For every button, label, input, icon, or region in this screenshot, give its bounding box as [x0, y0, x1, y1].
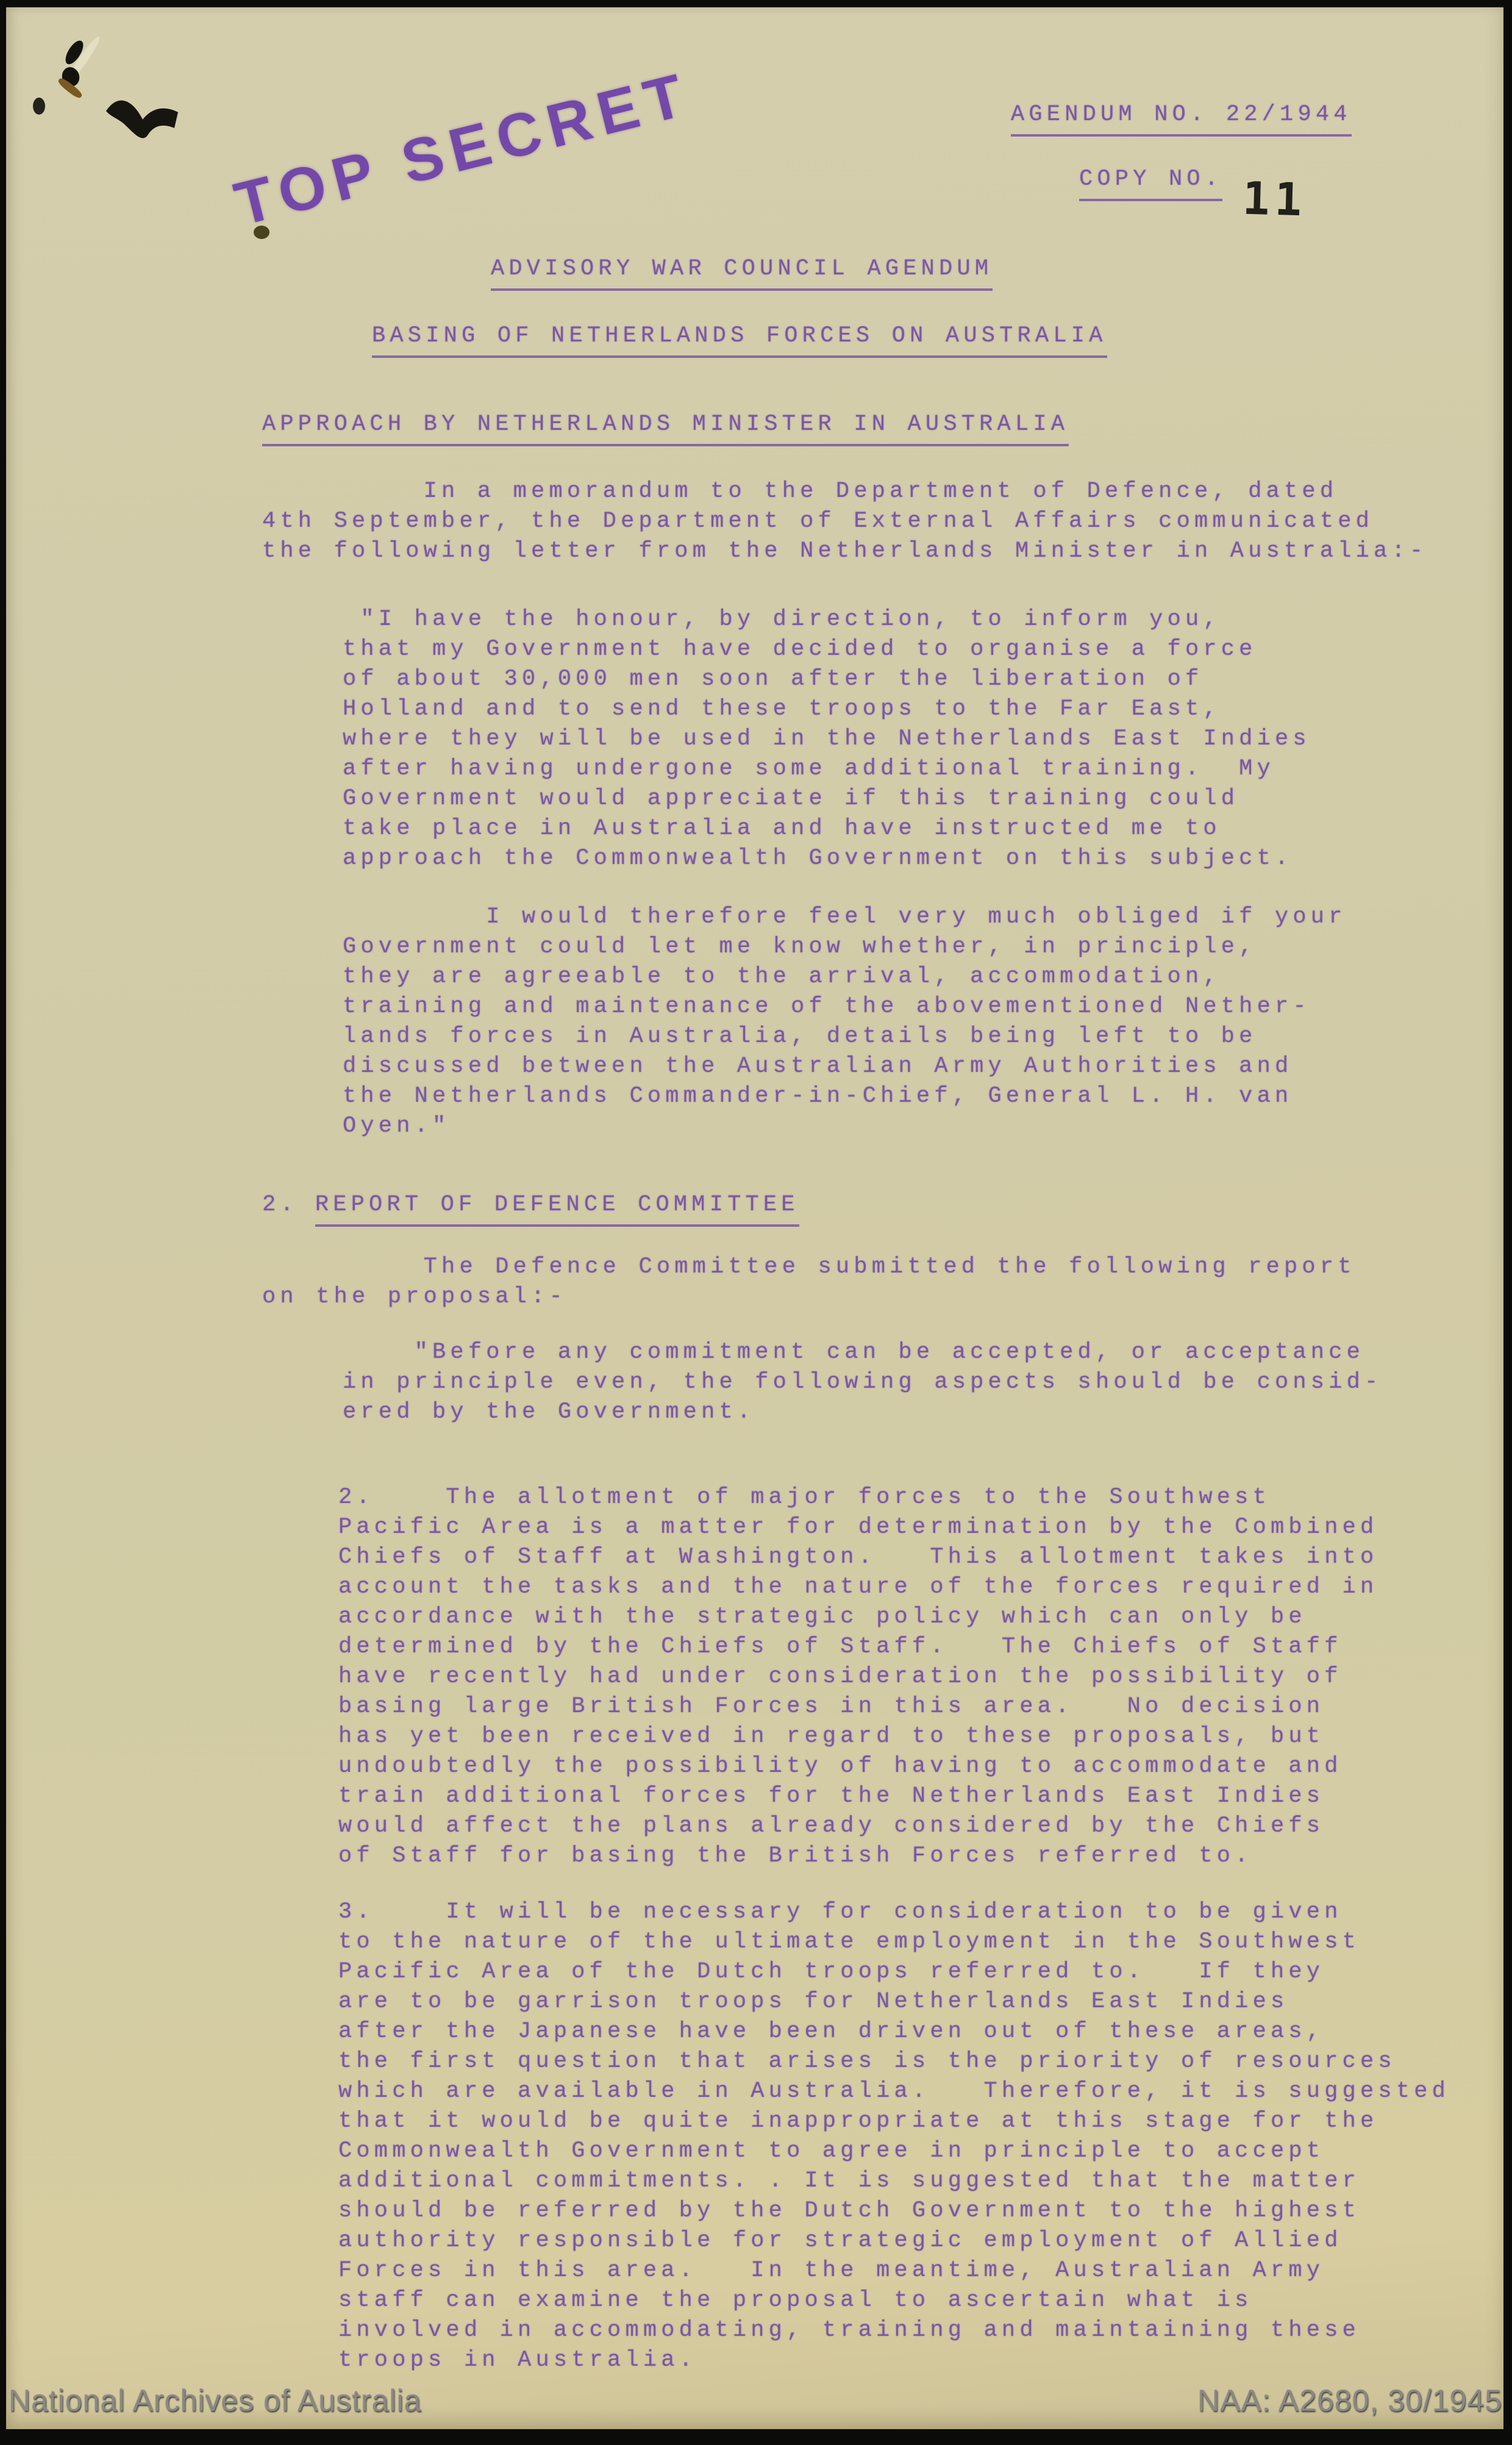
minister-letter-paragraph-2: I would therefore feel very much obliged…: [343, 902, 1347, 1141]
archives-watermark-left: National Archives of Australia: [9, 2383, 422, 2418]
section2-heading: 2.REPORT OF DEFENCE COMMITTEE: [262, 1190, 799, 1227]
document-paper: TOP SECRET AGENDUM NO. 22/1944 COPY NO. …: [6, 7, 1503, 2429]
section1-heading-text: APPROACH BY NETHERLANDS MINISTER IN AUST…: [262, 410, 1069, 446]
section2-heading-text: REPORT OF DEFENCE COMMITTEE: [315, 1190, 799, 1227]
defence-committee-report-para-2: 2. The allotment of major forces to the …: [338, 1483, 1378, 1871]
section1-heading: APPROACH BY NETHERLANDS MINISTER IN AUST…: [262, 410, 1069, 446]
document-title-text: ADVISORY WAR COUNCIL AGENDUM: [491, 254, 993, 291]
copy-number-value: 11: [1242, 173, 1307, 227]
copy-number-label: COPY NO.: [1079, 165, 1222, 201]
archives-reference-number: NAA: A2680, 30/1945: [1197, 2383, 1502, 2418]
document-subject: BASING OF NETHERLANDS FORCES ON AUSTRALI…: [372, 321, 1107, 358]
section2-intro-paragraph: The Defence Committee submitted the foll…: [262, 1252, 1356, 1312]
copy-number-label-text: COPY NO.: [1079, 165, 1222, 201]
minister-letter-paragraph-1: "I have the honour, by direction, to inf…: [343, 605, 1311, 874]
defence-committee-report-para-3: 3. It will be necessary for consideratio…: [338, 1897, 1450, 2375]
defence-committee-report-intro: "Before any commitment can be accepted, …: [343, 1338, 1382, 1427]
ink-blot-bird-shape: [102, 88, 188, 146]
top-secret-stamp: TOP SECRET: [228, 59, 697, 240]
agendum-number: AGENDUM NO. 22/1944: [1011, 100, 1352, 137]
ink-blot: [33, 98, 45, 115]
agendum-number-text: AGENDUM NO. 22/1944: [1011, 100, 1352, 137]
document-title: ADVISORY WAR COUNCIL AGENDUM: [491, 254, 993, 291]
section1-intro-paragraph: In a memorandum to the Department of Def…: [262, 477, 1427, 566]
section2-number: 2.: [262, 1192, 298, 1218]
document-subject-text: BASING OF NETHERLANDS FORCES ON AUSTRALI…: [372, 321, 1107, 358]
